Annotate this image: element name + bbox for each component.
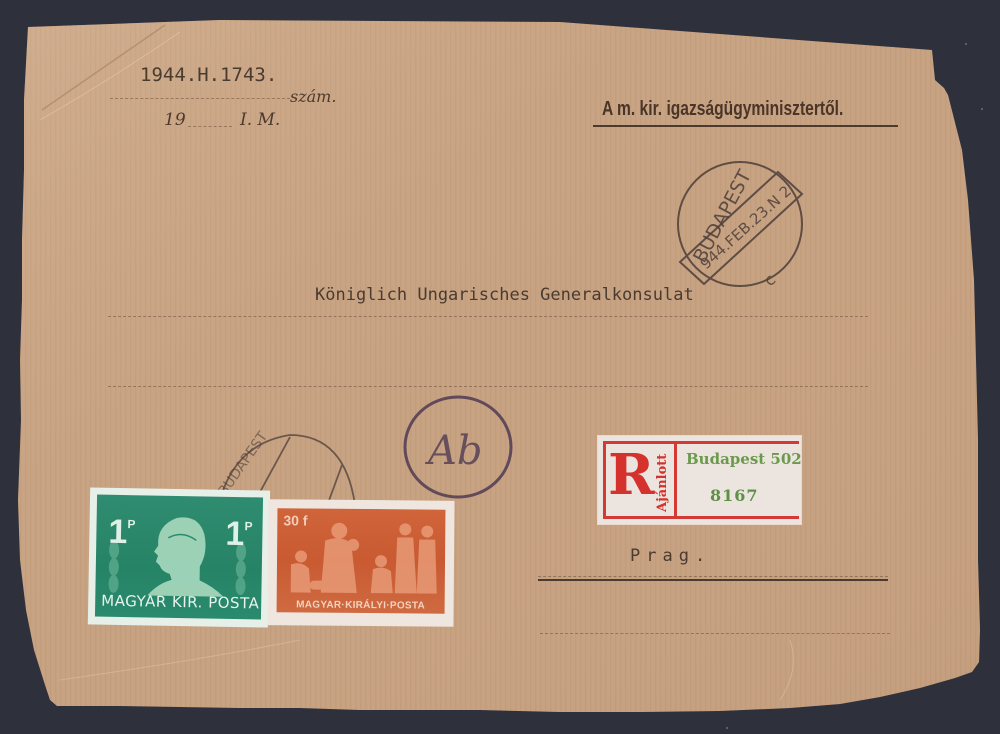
sender-line: A m. kir. igazságügyminisztertől. — [602, 98, 843, 121]
file-number: 1944.H.1743. — [140, 64, 277, 86]
censor-initials: Ab — [424, 428, 483, 474]
stamp-green-value-right: 1P — [225, 515, 253, 554]
registration-word: Ajánlott — [655, 454, 670, 512]
city-dotline — [538, 576, 888, 577]
stamp-1-pengo: 1P 1P MAGYAR KIR. POSTA — [88, 487, 270, 627]
address-rule-1 — [108, 316, 868, 317]
stamp-orange-value: 30 f — [283, 512, 307, 528]
stamp-green-caption: MAGYAR KIR. POSTA — [101, 592, 257, 613]
file-number-suffix: szám. — [290, 87, 336, 106]
stamp-green-value-left: 1P — [108, 513, 136, 552]
stamp-orange-design: 30 f MAGYAR·KIRÁLYI·POSTA — [277, 508, 446, 613]
file-number-rule — [110, 98, 290, 99]
stamp-30-filler: 30 f MAGYAR·KIRÁLYI·POSTA — [267, 499, 454, 627]
registration-r-letter: R — [608, 446, 655, 504]
registration-office: Budapest 502 — [686, 450, 802, 468]
registration-number: 8167 — [710, 486, 759, 505]
registration-label: R Ajánlott Budapest 502 8167 — [598, 436, 801, 524]
addressee-line: Königlich Ungarisches Generalkonsulat — [315, 285, 694, 305]
address-rule-2 — [108, 386, 868, 387]
sender-underline — [593, 125, 898, 127]
envelope: 1944.H.1743. szám. 19 I. M. A m. kir. ig… — [0, 0, 1000, 734]
department-code: I. M. — [240, 110, 280, 130]
censor-mark: Ab — [400, 392, 520, 502]
postmark-letter: c — [760, 270, 779, 290]
year-rule — [188, 126, 232, 127]
destination-city: Prag. — [630, 546, 711, 566]
bottom-rule — [540, 633, 890, 634]
city-underline — [538, 579, 888, 581]
stamp-orange-caption: MAGYAR·KIRÁLYI·POSTA — [277, 599, 445, 611]
postmark-budapest: BUDAPEST 944.FEB.23.N 2 c — [660, 152, 820, 292]
stamp-green-design: 1P 1P MAGYAR KIR. POSTA — [95, 495, 263, 620]
year-prefix: 19 — [164, 110, 186, 130]
postmark-lower-text: BUDAPEST — [215, 429, 271, 500]
